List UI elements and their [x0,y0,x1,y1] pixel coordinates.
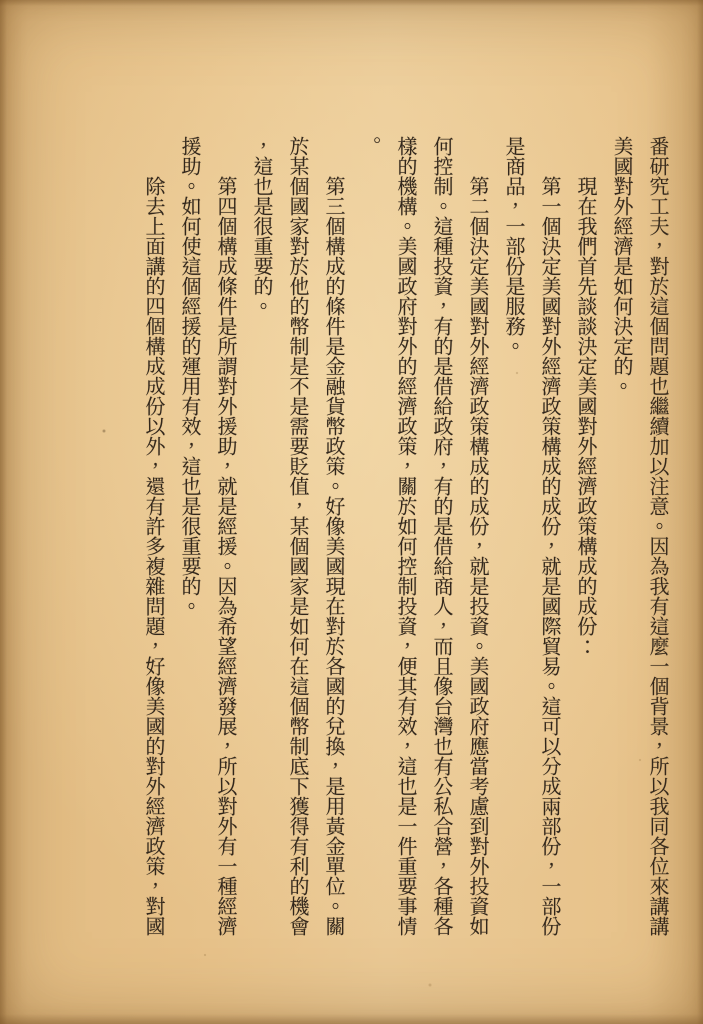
scanned-document-page: 番研究工夫，對於這個問題也繼續加以注意。因為我有這麼一個背景，所以我同各位來講講… [0,0,703,1024]
vertical-text-block: 番研究工夫，對於這個問題也繼續加以注意。因為我有這麼一個背景，所以我同各位來講講… [135,136,675,936]
text-column-4: 第一個決定美國對外經濟政策構成的成份，就是國際貿易。這可以分成兩部份，一部份 [531,136,567,936]
text-column-13: 第四個構成條件是所謂對外援助，就是經援。因為希望經濟發展，所以對外有一種經濟 [207,136,243,936]
text-column-8: 樣的機構。美國政府對外的經濟政策，關於如何控制投資，便其有效，這也是一件重要事情 [387,136,423,936]
text-column-11: 於某個國家對於他的幣制是不是需要貶值，某個國家是如何在這個幣制底下獲得有利的機會 [279,136,315,936]
text-column-7: 何控制。這種投資，有的是借給政府，有的是借給商人，而且像台灣也有公私合營，各種各 [423,136,459,936]
text-column-5: 是商品，一部份是服務。 [495,136,531,936]
text-column-9: 。 [351,136,387,936]
text-column-12: ，這也是很重要的。 [243,136,279,936]
text-column-2: 美國對外經濟是如何決定的。 [603,136,639,936]
text-column-10: 第三個構成的條件是金融貨幣政策。好像美國現在對於各國的兌換，是用黃金單位。關 [315,136,351,936]
text-column-15: 除去上面講的四個構成成份以外，還有許多複雜問題，好像美國的對外經濟政策，對國 [135,136,171,936]
text-column-6: 第二個決定美國對外經濟政策構成的成份，就是投資。美國政府應當考慮到對外投資如 [459,136,495,936]
text-column-14: 援助。如何使這個經援的運用有效，這也是很重要的。 [171,136,207,936]
text-column-3: 現在我們首先談談決定美國對外經濟政策構成的成份： [567,136,603,936]
text-column-1: 番研究工夫，對於這個問題也繼續加以注意。因為我有這麼一個背景，所以我同各位來講講 [639,136,675,936]
